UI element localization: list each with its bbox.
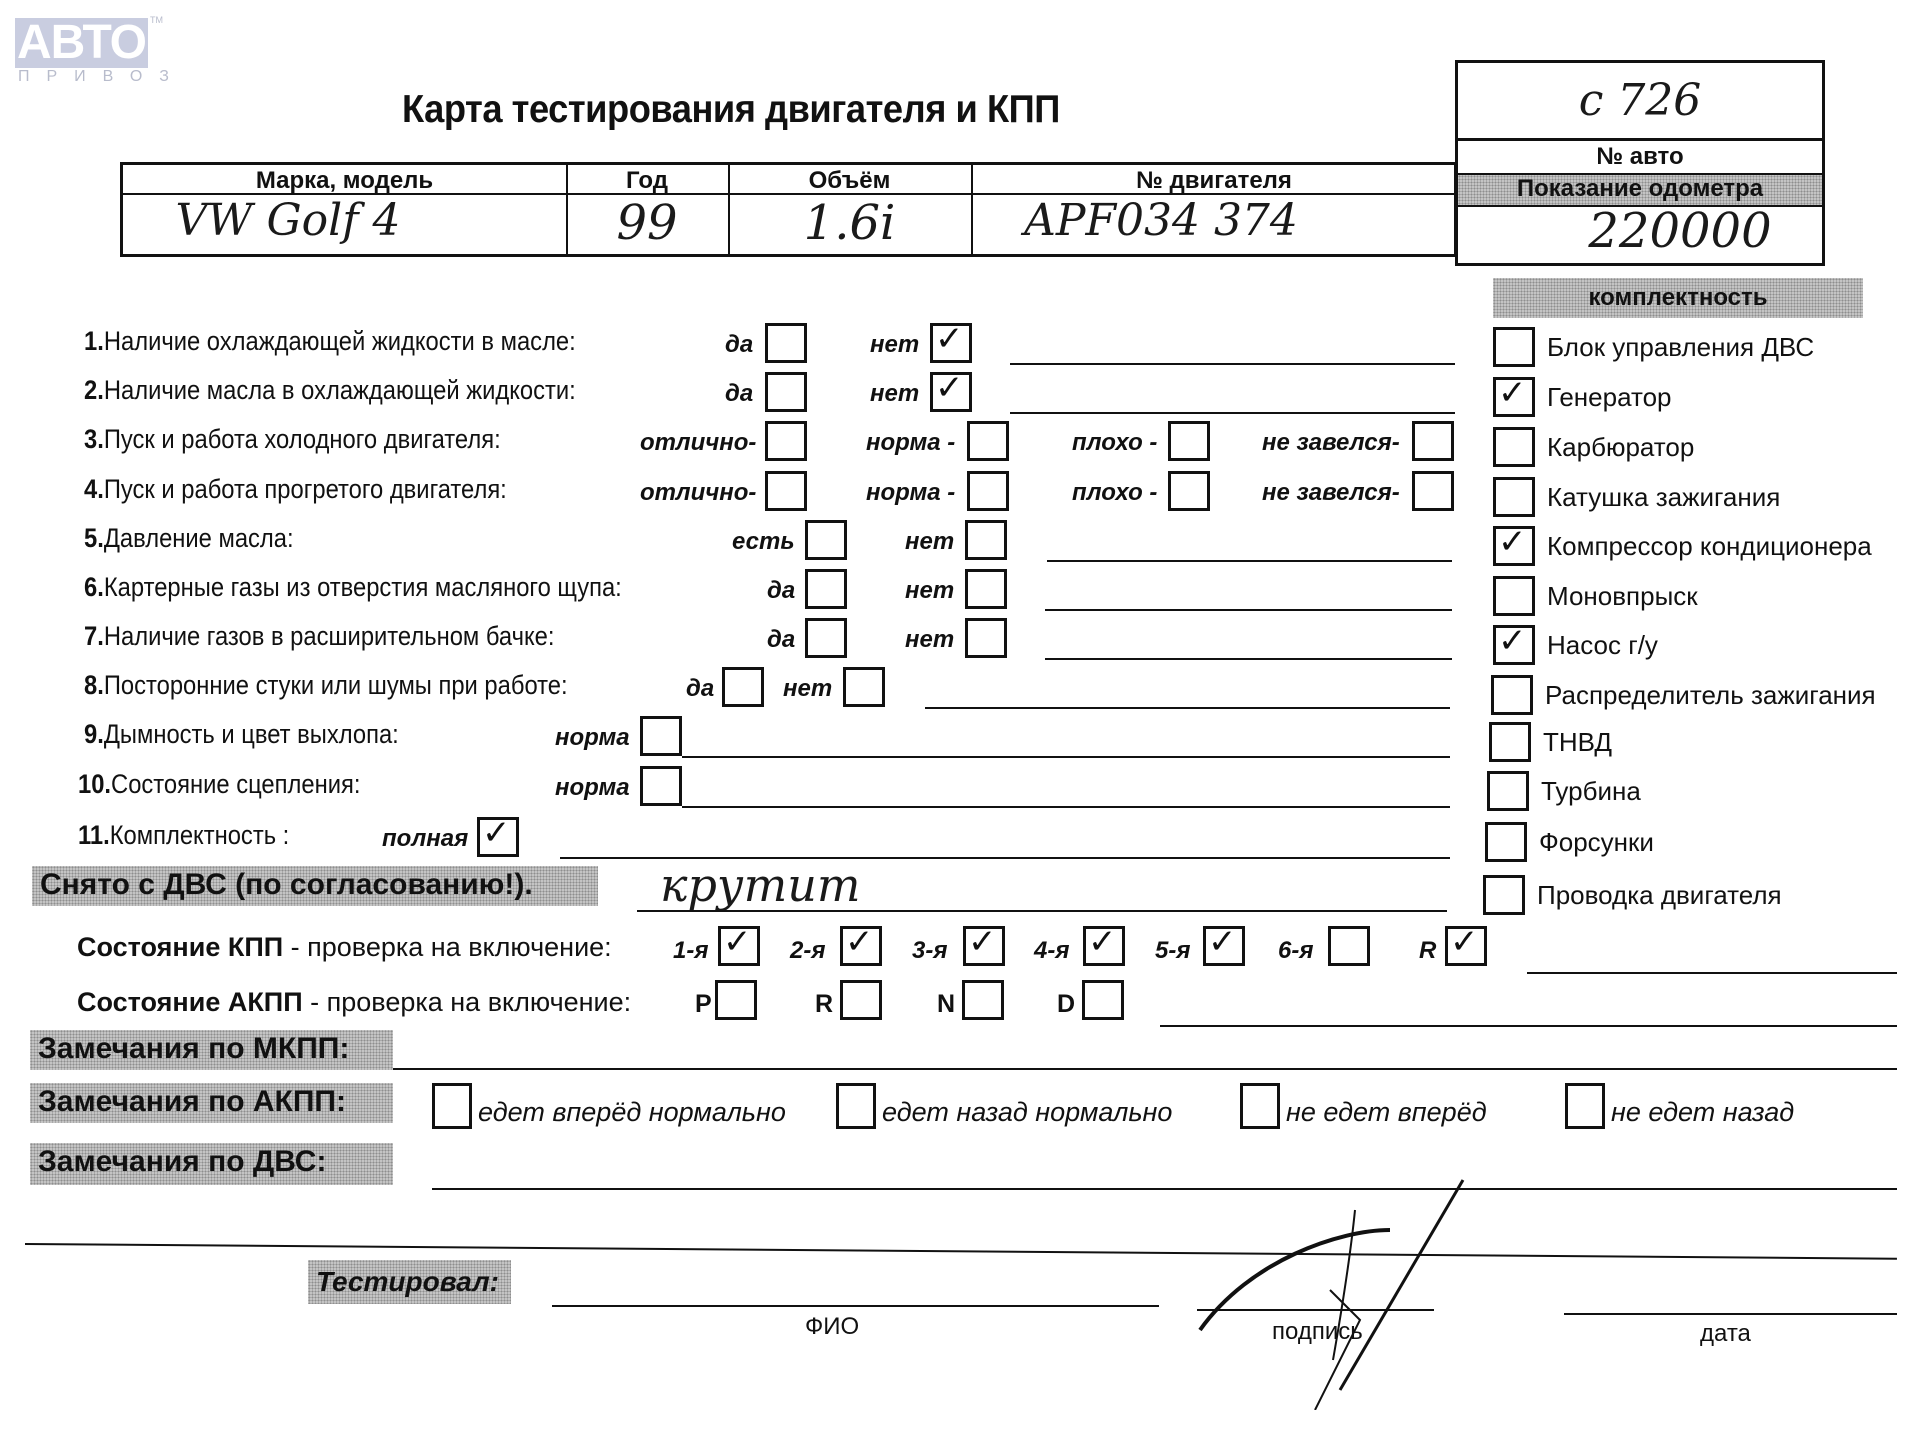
- kpp-label: Состояние КПП - проверка на включение:: [77, 932, 612, 963]
- completeness-checkbox-4[interactable]: [1493, 477, 1535, 517]
- question-3-checkbox[interactable]: [1168, 421, 1210, 461]
- question-1-checkbox[interactable]: ✓: [930, 323, 972, 363]
- question-7-checkbox[interactable]: [965, 618, 1007, 658]
- header-volume: Объём: [728, 167, 971, 195]
- completeness-header: комплектность: [1493, 284, 1863, 312]
- question-6-option-label: да: [767, 577, 795, 605]
- vehicle-info-table: Марка, модель Год Объём № двигателя VW G…: [120, 162, 1457, 257]
- gear-label: 1-я: [673, 937, 708, 965]
- odometer-value[interactable]: 220000: [1538, 203, 1822, 259]
- checkmark-icon: ✓: [968, 925, 997, 959]
- question-2-option-label: нет: [870, 380, 919, 408]
- question-11-checkbox[interactable]: ✓: [477, 817, 519, 857]
- header-make-model: Марка, модель: [123, 167, 566, 195]
- question-8-checkbox[interactable]: [843, 667, 885, 707]
- gear-label: 4-я: [1034, 937, 1069, 965]
- completeness-item-label: Блок управления ДВС: [1547, 332, 1814, 363]
- kpp-line: [1527, 972, 1897, 974]
- akpp-mode-checkbox-4[interactable]: [1082, 980, 1124, 1020]
- question-11-text: 11.Комплектность :: [78, 820, 289, 851]
- checkmark-icon: ✓: [845, 925, 874, 959]
- plate-odometer-box: с 726 № авто Показание одометра 220000: [1455, 60, 1825, 266]
- completeness-item-label: Насос г/у: [1547, 630, 1658, 661]
- akpp-mode-checkbox-3[interactable]: [962, 980, 1004, 1020]
- checkmark-icon: ✓: [1498, 376, 1527, 410]
- akpp-remark-checkbox-3[interactable]: [1240, 1083, 1280, 1129]
- remarks-dvs-line-2[interactable]: [25, 1243, 1897, 1260]
- remarks-mkpp-line[interactable]: [393, 1068, 1897, 1070]
- date-caption: дата: [1700, 1320, 1751, 1348]
- question-2-text: 2.Наличие масла в охлаждающей жидкости:: [84, 375, 576, 406]
- odometer-label: Показание одометра: [1458, 175, 1822, 203]
- gear-label: 6-я: [1278, 937, 1313, 965]
- question-7-checkbox[interactable]: [805, 618, 847, 658]
- plate-number-label: № авто: [1458, 143, 1822, 171]
- question-5-checkbox[interactable]: [965, 520, 1007, 560]
- question-4-option-label: отлично-: [640, 479, 756, 507]
- fio-line[interactable]: [552, 1305, 1159, 1307]
- question-6-checkbox[interactable]: [965, 569, 1007, 609]
- question-4-option-label: плохо -: [1072, 479, 1157, 507]
- question-7-option-label: нет: [905, 626, 954, 654]
- gear-checkbox-2[interactable]: ✓: [840, 926, 882, 966]
- header-year: Год: [566, 167, 728, 195]
- question-3-checkbox[interactable]: [765, 421, 807, 461]
- completeness-item-label: ТНВД: [1543, 727, 1612, 758]
- gear-checkbox-3[interactable]: ✓: [963, 926, 1005, 966]
- question-3-option-label: не завелся-: [1262, 429, 1400, 457]
- volume-value[interactable]: 1.6i: [728, 195, 971, 251]
- question-10-checkbox[interactable]: [640, 766, 682, 806]
- checkmark-icon: ✓: [1498, 525, 1527, 559]
- akpp-remark-label: не едет назад: [1611, 1097, 1794, 1128]
- checkmark-icon: ✓: [1208, 925, 1237, 959]
- make-model-value[interactable]: VW Golf 4: [123, 195, 453, 246]
- completeness-checkbox-10[interactable]: [1487, 771, 1529, 811]
- completeness-checkbox-11[interactable]: [1485, 822, 1527, 862]
- completeness-checkbox-3[interactable]: [1493, 427, 1535, 467]
- question-4-option-label: не завелся-: [1262, 479, 1400, 507]
- removed-underline: [637, 910, 1447, 912]
- question-5-option-label: нет: [905, 528, 954, 556]
- question-1-notes-line[interactable]: [1010, 363, 1455, 365]
- akpp-mode-checkbox-2[interactable]: [840, 980, 882, 1020]
- gear-checkbox-4[interactable]: ✓: [1083, 926, 1125, 966]
- question-9-notes-line[interactable]: [682, 756, 1450, 758]
- question-7-option-label: да: [767, 626, 795, 654]
- question-3-checkbox[interactable]: [1412, 421, 1454, 461]
- gear-label: R: [1419, 937, 1436, 965]
- year-value[interactable]: 99: [566, 195, 728, 251]
- tested-by-label: Тестировал:: [316, 1266, 499, 1298]
- checkmark-icon: ✓: [935, 371, 964, 405]
- question-3-option-label: плохо -: [1072, 429, 1157, 457]
- akpp-mode-checkbox-1[interactable]: [715, 980, 757, 1020]
- logo-subtitle: ПРИВОЗ: [18, 68, 186, 86]
- question-9-text: 9.Дымность и цвет выхлопа:: [84, 719, 399, 750]
- akpp-label: Состояние АКПП - проверка на включение:: [77, 987, 631, 1018]
- remarks-dvs-label: Замечания по ДВС:: [30, 1143, 393, 1185]
- checkmark-icon: ✓: [482, 816, 511, 850]
- completeness-checkbox-9[interactable]: [1489, 722, 1531, 762]
- checkmark-icon: ✓: [1088, 925, 1117, 959]
- removed-value[interactable]: крутит: [660, 858, 860, 912]
- question-3-option-label: норма -: [866, 429, 955, 457]
- question-8-checkbox[interactable]: [722, 667, 764, 707]
- gear-label: 3-я: [912, 937, 947, 965]
- completeness-item-label: Турбина: [1541, 776, 1641, 807]
- question-8-option-label: нет: [783, 675, 832, 703]
- akpp-line: [1160, 1025, 1897, 1027]
- akpp-remark-label: едет назад нормально: [882, 1097, 1172, 1128]
- question-4-option-label: норма -: [866, 479, 955, 507]
- signature-scribble: [1190, 1170, 1490, 1410]
- question-11-option-label: полная: [382, 825, 468, 853]
- completeness-checkbox-2[interactable]: ✓: [1493, 377, 1535, 417]
- akpp-remark-checkbox-2[interactable]: [836, 1083, 876, 1129]
- question-5-notes-line[interactable]: [1047, 560, 1452, 562]
- completeness-item-label: Распределитель зажигания: [1545, 680, 1876, 711]
- remarks-dvs-line[interactable]: [432, 1188, 1897, 1190]
- question-4-checkbox[interactable]: [1168, 471, 1210, 511]
- question-9-checkbox[interactable]: [640, 716, 682, 756]
- completeness-checkbox-6[interactable]: [1493, 576, 1535, 616]
- question-8-text: 8.Посторонние стуки или шумы при работе:: [84, 670, 568, 701]
- completeness-checkbox-8[interactable]: [1491, 675, 1533, 715]
- completeness-checkbox-5[interactable]: ✓: [1493, 526, 1535, 566]
- question-10-text: 10.Состояние сцепления:: [78, 769, 360, 800]
- gear-label: 2-я: [790, 937, 825, 965]
- plate-number-value[interactable]: с 726: [1458, 75, 1822, 126]
- question-8-option-label: да: [686, 675, 714, 703]
- gear-checkbox-6[interactable]: [1328, 926, 1370, 966]
- question-7-text: 7.Наличие газов в расширительном бачке:: [84, 621, 554, 652]
- completeness-item-label: Проводка двигателя: [1537, 880, 1782, 911]
- page-title: Карта тестирования двигателя и КПП: [402, 88, 1060, 132]
- question-5-text: 5.Давление масла:: [84, 523, 294, 554]
- question-3-option-label: отлично-: [640, 429, 756, 457]
- remarks-mkpp-label: Замечания по МКПП:: [30, 1030, 393, 1070]
- question-1-option-label: да: [725, 331, 753, 359]
- question-2-checkbox[interactable]: ✓: [930, 372, 972, 412]
- question-10-option-label: норма: [555, 774, 630, 802]
- checkmark-icon: ✓: [723, 925, 752, 959]
- date-line[interactable]: [1564, 1313, 1897, 1315]
- completeness-checkbox-7[interactable]: ✓: [1493, 625, 1535, 665]
- gear-checkbox-7[interactable]: ✓: [1445, 926, 1487, 966]
- question-1-checkbox[interactable]: [765, 323, 807, 363]
- question-1-text: 1.Наличие охлаждающей жидкости в масле:: [84, 326, 576, 357]
- question-2-option-label: да: [725, 380, 753, 408]
- gear-checkbox-5[interactable]: ✓: [1203, 926, 1245, 966]
- gear-label: 5-я: [1155, 937, 1190, 965]
- checkmark-icon: ✓: [935, 322, 964, 356]
- akpp-remark-checkbox-1[interactable]: [432, 1083, 472, 1129]
- question-4-checkbox[interactable]: [1412, 471, 1454, 511]
- question-4-checkbox[interactable]: [967, 471, 1009, 511]
- question-2-notes-line[interactable]: [1010, 412, 1455, 414]
- removed-label: Снято с ДВС (по согласованию!).: [32, 866, 598, 906]
- question-2-checkbox[interactable]: [765, 372, 807, 412]
- completeness-item-label: Катушка зажигания: [1547, 482, 1780, 513]
- completeness-checkbox-1[interactable]: [1493, 327, 1535, 367]
- question-5-option-label: есть: [732, 528, 795, 556]
- akpp-mode-label: R: [815, 990, 833, 1019]
- akpp-remark-label: едет вперёд нормально: [478, 1097, 786, 1128]
- avtoprivoz-logo: АВТО: [15, 18, 148, 68]
- akpp-remark-checkbox-4[interactable]: [1565, 1083, 1605, 1129]
- completeness-item-label: Моновпрыск: [1547, 581, 1698, 612]
- question-10-notes-line[interactable]: [682, 806, 1450, 808]
- question-6-notes-line[interactable]: [1045, 609, 1452, 611]
- akpp-remark-label: не едет вперёд: [1286, 1097, 1487, 1128]
- question-6-option-label: нет: [905, 577, 954, 605]
- question-1-option-label: нет: [870, 331, 919, 359]
- gear-checkbox-1[interactable]: ✓: [718, 926, 760, 966]
- question-4-checkbox[interactable]: [765, 471, 807, 511]
- akpp-mode-label: D: [1057, 990, 1075, 1019]
- akpp-mode-label: P: [695, 990, 712, 1019]
- question-5-checkbox[interactable]: [805, 520, 847, 560]
- question-3-text: 3.Пуск и работа холодного двигателя:: [84, 424, 501, 455]
- trademark-mark: TM: [150, 15, 163, 25]
- akpp-mode-label: N: [937, 990, 955, 1019]
- question-7-notes-line[interactable]: [1045, 658, 1452, 660]
- question-3-checkbox[interactable]: [967, 421, 1009, 461]
- remarks-akpp-label: Замечания по АКПП:: [30, 1083, 393, 1123]
- fio-caption: ФИО: [805, 1313, 859, 1341]
- completeness-item-label: Карбюратор: [1547, 432, 1694, 463]
- engine-number-value[interactable]: APF034 374: [971, 195, 1351, 246]
- checkmark-icon: ✓: [1450, 925, 1479, 959]
- completeness-item-label: Генератор: [1547, 382, 1672, 413]
- completeness-checkbox-12[interactable]: [1483, 875, 1525, 915]
- question-4-text: 4.Пуск и работа прогретого двигателя:: [84, 474, 507, 505]
- question-6-checkbox[interactable]: [805, 569, 847, 609]
- completeness-item-label: Компрессор кондиционера: [1547, 531, 1872, 562]
- completeness-item-label: Форсунки: [1539, 827, 1654, 858]
- header-engine-number: № двигателя: [971, 167, 1457, 195]
- checkmark-icon: ✓: [1498, 624, 1527, 658]
- question-6-text: 6.Картерные газы из отверстия масляного …: [84, 572, 622, 603]
- question-9-option-label: норма: [555, 724, 630, 752]
- question-8-notes-line[interactable]: [925, 707, 1450, 709]
